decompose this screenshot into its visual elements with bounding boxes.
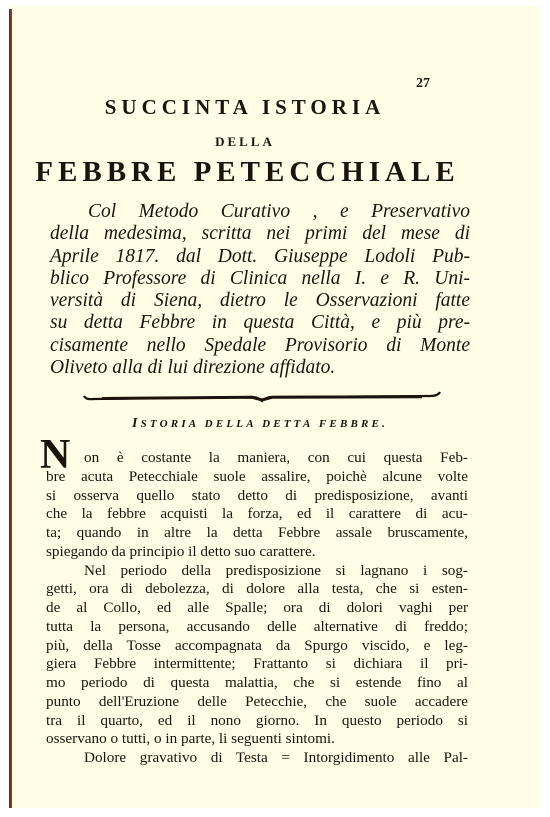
section-heading-text: STORIA DELLA DETTA FEBBRE. (141, 418, 388, 430)
subtitle-line: Aprile 1817. dal Dott. Giuseppe Lodoli P… (50, 246, 470, 268)
body-line: de al Collo, ed alle Spalle; ora di dolo… (46, 599, 468, 618)
body-line: on è costante la maniera, con cui questa… (46, 449, 468, 468)
subtitle-line: della medesima, scritta nei primi del me… (50, 223, 470, 245)
body-line: getti, ora di debolezza, di dolore alla … (46, 580, 468, 599)
body-text: on è costante la maniera, con cui questa… (46, 449, 468, 768)
section-heading-cap: I (132, 416, 141, 431)
body-line: bre acuta Petecchiale suole assalire, po… (46, 468, 468, 487)
body-line: ta; quando in altre la detta Febbre assa… (46, 524, 468, 543)
subtitle-line: blico Professore di Clinica nella I. e R… (50, 268, 470, 290)
title-line-1: SUCCINTA ISTORIA (0, 95, 490, 120)
section-heading: ISTORIA DELLA DETTA FEBBRE. (0, 416, 520, 432)
body-line: punto dell'Eruzione delle Petecchie, che… (46, 693, 468, 712)
body-line: che la febbre acquisti la forza, ed il c… (46, 505, 468, 524)
page-spine-edge (9, 9, 12, 808)
body-line: si osserva quello stato detto di predisp… (46, 487, 468, 506)
body-line: giera Febbre intermittente; Frattanto si… (46, 655, 468, 674)
subtitle-block: Col Metodo Curativo , e Preservativo del… (50, 201, 470, 379)
body-line: tutta la persona, accusando delle altern… (46, 618, 468, 637)
page-number: 27 (416, 76, 430, 92)
title-line-2: DELLA (0, 134, 490, 150)
body-line: Nel periodo della predisposizione si lag… (46, 562, 468, 581)
subtitle-line: su detta Febbre in questa Città, e più p… (50, 312, 470, 334)
title-line-3: FEBBRE PETECCHIALE (0, 156, 495, 189)
body-line: Dolore gravativo di Testa = Intorgidimen… (46, 749, 468, 768)
body-line: spiegando da principio il detto suo cara… (46, 543, 468, 562)
body-line: mo periodo di questa malattia, che si es… (46, 674, 468, 693)
subtitle-line: cisamente nello Spedale Provisorio di Mo… (50, 335, 470, 357)
ornamental-rule (82, 390, 442, 404)
subtitle-line: versità di Siena, dietro le Osservazioni… (50, 290, 470, 312)
subtitle-line: Col Metodo Curativo , e Preservativo (50, 201, 470, 223)
subtitle-line: Oliveto alla di lui direzione affidato. (50, 357, 470, 379)
body-line: tra il quarto, ed il nono giorno. In que… (46, 712, 468, 731)
body-line: osservano o tutti, o in parte, li seguen… (46, 730, 468, 749)
body-line: più, della Tosse accompagnata da Spurgo … (46, 637, 468, 656)
